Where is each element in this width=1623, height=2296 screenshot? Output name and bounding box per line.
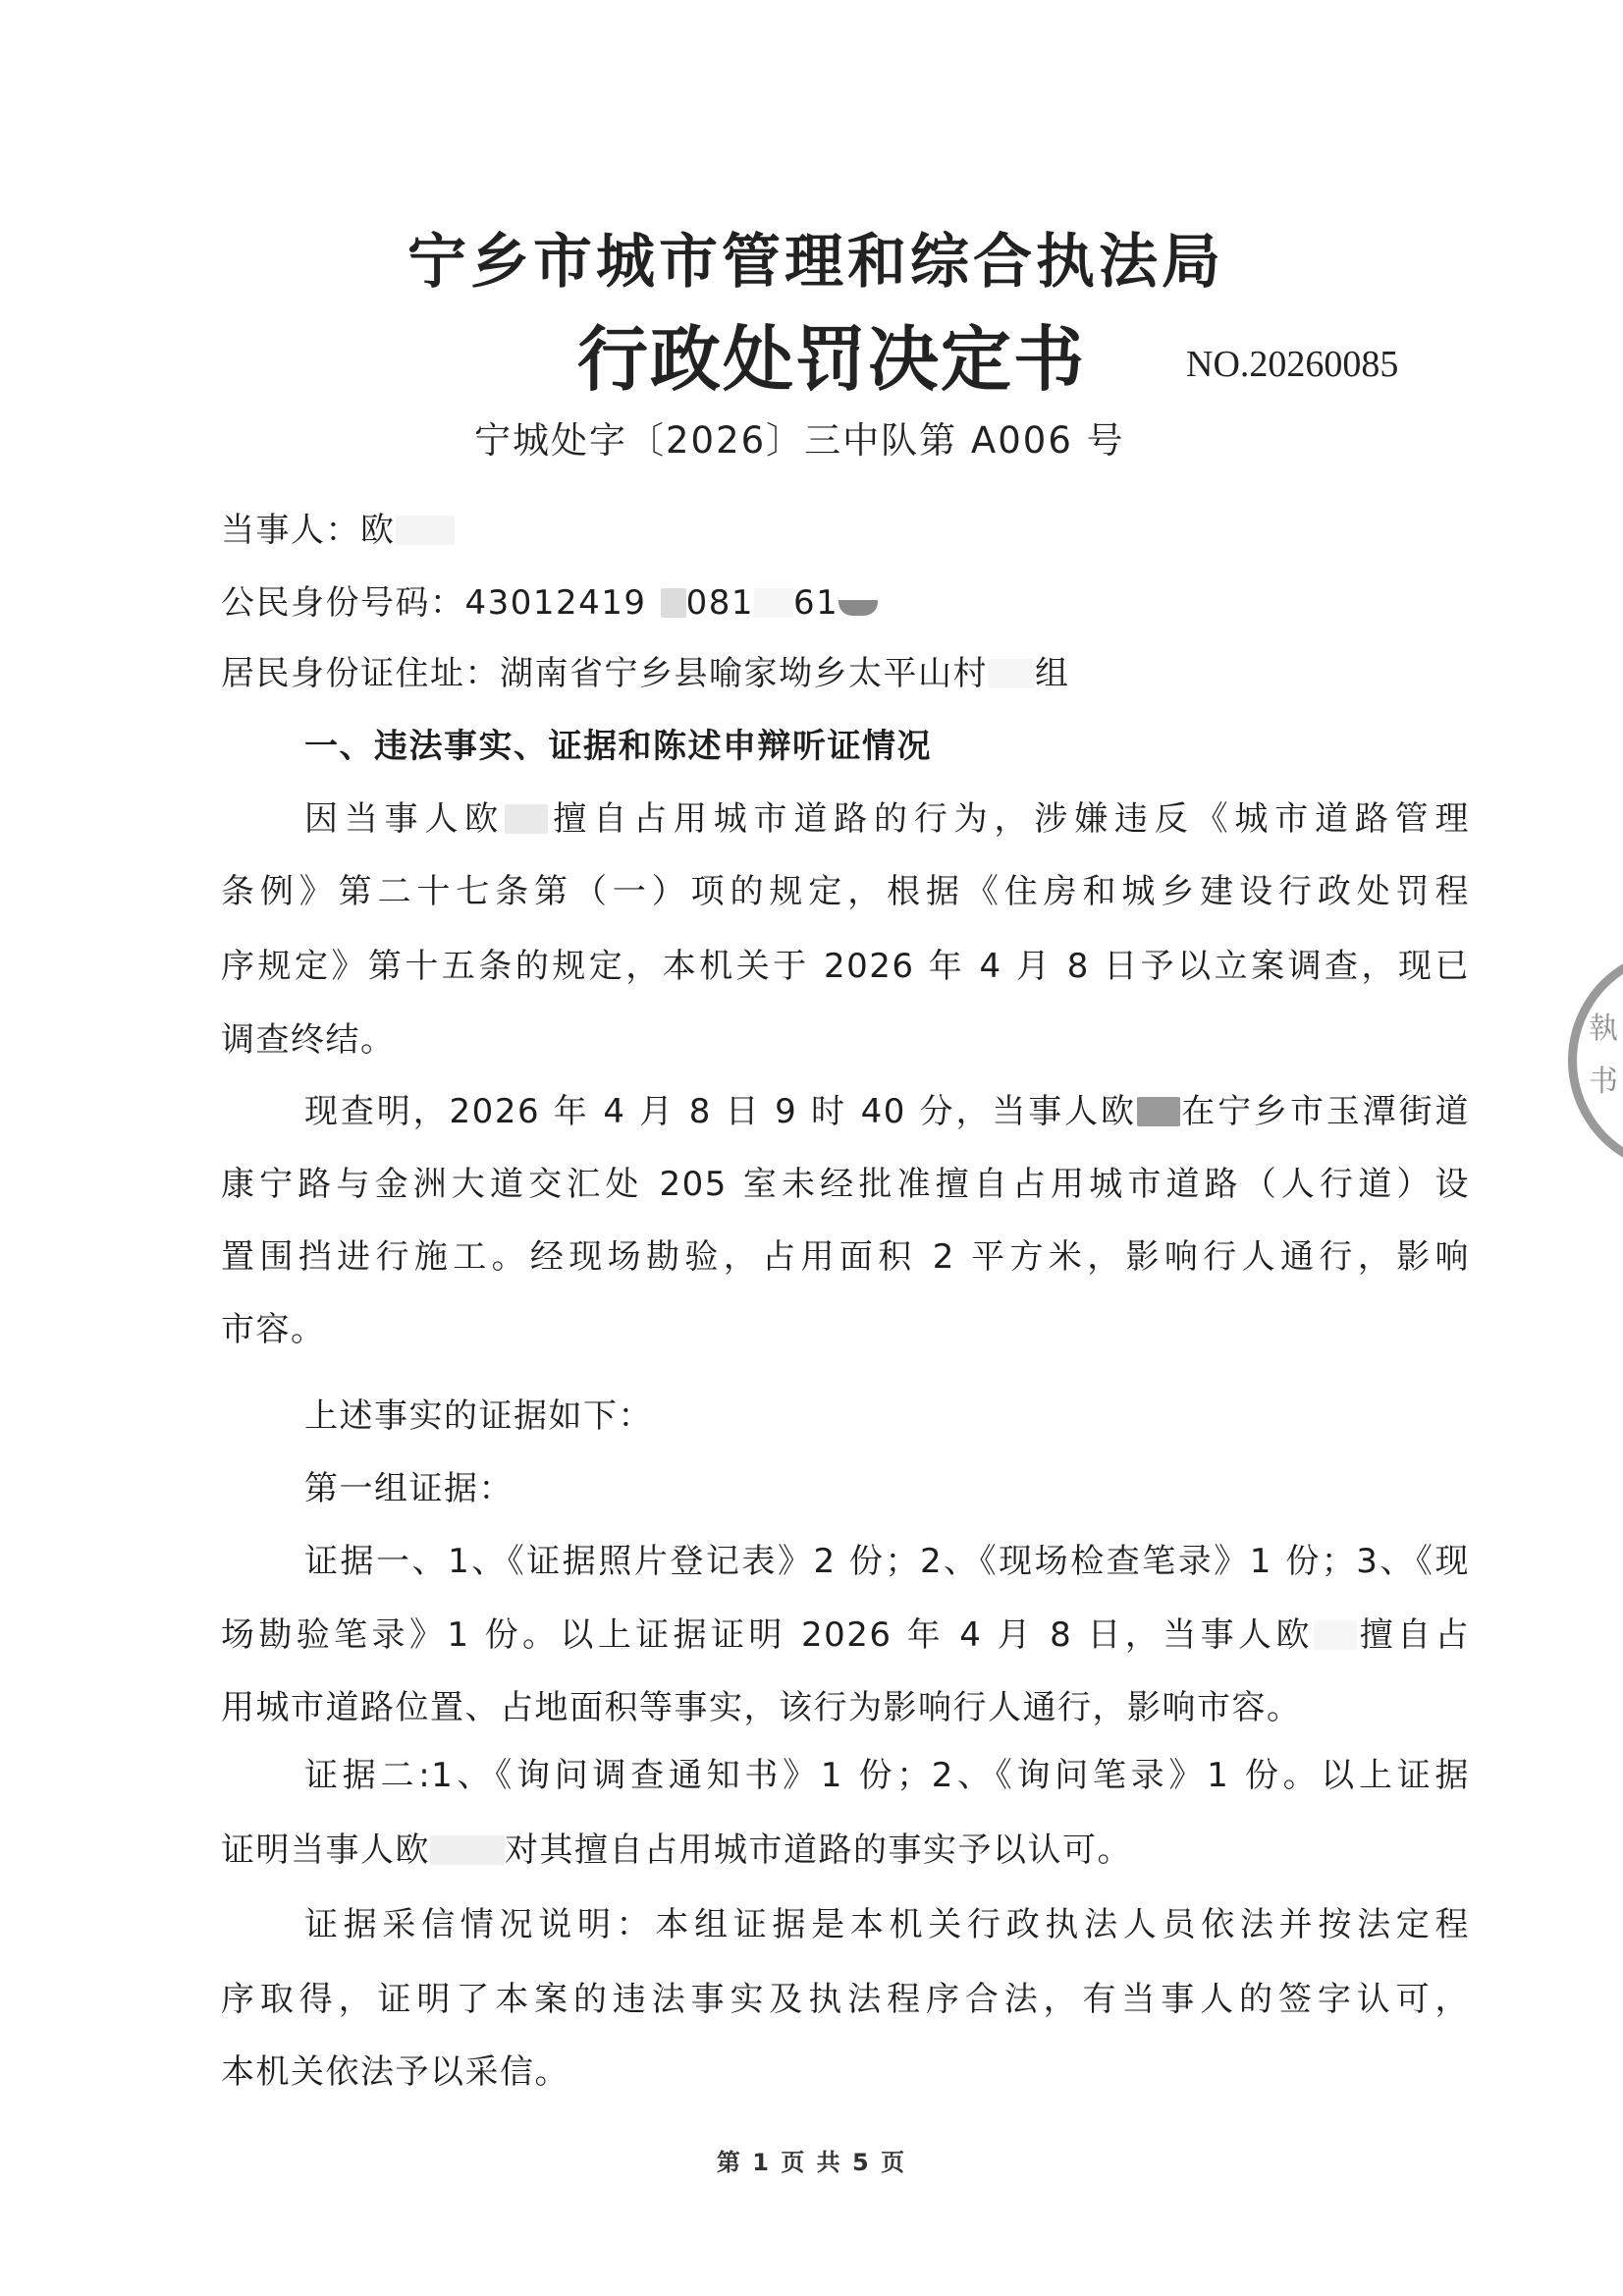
paragraph-line: 现查明，2026 年 4 月 8 日 9 时 40 分，当事人欧在宁乡市玉潭街道 [304,1090,1470,1133]
party-name-row: 当事人：欧 [221,509,455,552]
evidence-intro: 上述事实的证据如下： [304,1394,653,1438]
evidence-line: 证明当事人欧对其擅自占用城市道路的事实予以认可。 [221,1829,1470,1872]
redaction-block [988,659,1035,688]
credibility-line: 本机关依法予以采信。 [221,2050,1470,2094]
party-id-row: 公民身份号码：4301241908161 [221,581,878,625]
paragraph-line: 序规定》第十五条的规定，本机关于 2026 年 4 月 8 日予以立案调查，现已 [221,945,1470,988]
paragraph-line: 调查终结。 [221,1018,1470,1062]
redaction-block [839,600,878,616]
paragraph-line: 康宁路与金洲大道交汇处 205 室未经批准擅自占用城市道路（人行道）设 [221,1163,1470,1206]
evidence-group-label: 第一组证据： [304,1467,514,1510]
redaction-block [430,1835,505,1865]
redaction-block [754,588,793,618]
party-id-part2: 081 [686,583,754,623]
party-id-label: 公民身份号码： [221,583,465,623]
party-address-label: 居民身份证住址： [221,654,500,693]
document-reference-number: 宁城处字〔2026〕三中队第 A006 号 [474,418,1125,464]
evidence-line: 证据二:1、《询问调查通知书》1 份；2、《询问笔录》1 份。以上证据 [304,1754,1470,1797]
paragraph-line: 置围挡进行施工。经现场勘验，占用面积 2 平方米，影响行人通行，影响 [221,1235,1470,1279]
paragraph-line: 市容。 [221,1308,1470,1351]
party-address-suffix: 组 [1035,654,1070,693]
serial-number: NO.20260085 [1186,342,1398,387]
redaction-block [661,588,686,618]
seal-char: 執 [1589,1013,1618,1045]
party-address-value: 湖南省宁乡县喻家坳乡太平山村 [500,654,988,693]
evidence-line: 证据一、1、《证据照片登记表》2 份；2、《现场检查笔录》1 份；3、《现 [304,1540,1470,1583]
party-address-row: 居民身份证住址：湖南省宁乡县喻家坳乡太平山村组 [221,652,1070,695]
redaction-block [396,516,455,545]
official-seal-stamp [1568,948,1623,1174]
paragraph-line: 因当事人欧擅自占用城市道路的行为，涉嫌违反《城市道路管理 [304,797,1470,841]
section-heading: 一、违法事实、证据和陈述申辩听证情况 [304,725,932,768]
seal-char: 书 [1589,1066,1618,1098]
page-indicator: 第 1 页 共 5 页 [0,2148,1623,2177]
evidence-line: 场勘验笔录》1 份。以上证据证明 2026 年 4 月 8 日，当事人欧擅自占 [221,1613,1470,1657]
party-name-value: 欧 [360,511,396,550]
paragraph-line: 条例》第二十七条第（一）项的规定，根据《住房和城乡建设行政处罚程 [221,870,1470,913]
party-id-part1: 43012419 [465,583,647,623]
party-id-part3: 61 [793,583,839,623]
credibility-line: 序取得，证明了本案的违法事实及执法程序合法，有当事人的签字认可， [221,1978,1470,2021]
redaction-block [1137,1097,1180,1126]
credibility-line: 证据采信情况说明：本组证据是本机关行政执法人员依法并按法定程 [304,1903,1470,1946]
evidence-line: 用城市道路位置、占地面积等事实，该行为影响行人通行，影响市容。 [221,1686,1470,1729]
document-type-title: 行政处罚决定书 [577,319,1086,400]
party-name-label: 当事人： [221,511,360,550]
redaction-block [1314,1620,1357,1650]
redaction-block [505,804,548,834]
organization-title: 宁乡市城市管理和综合执法局 [407,228,1224,297]
